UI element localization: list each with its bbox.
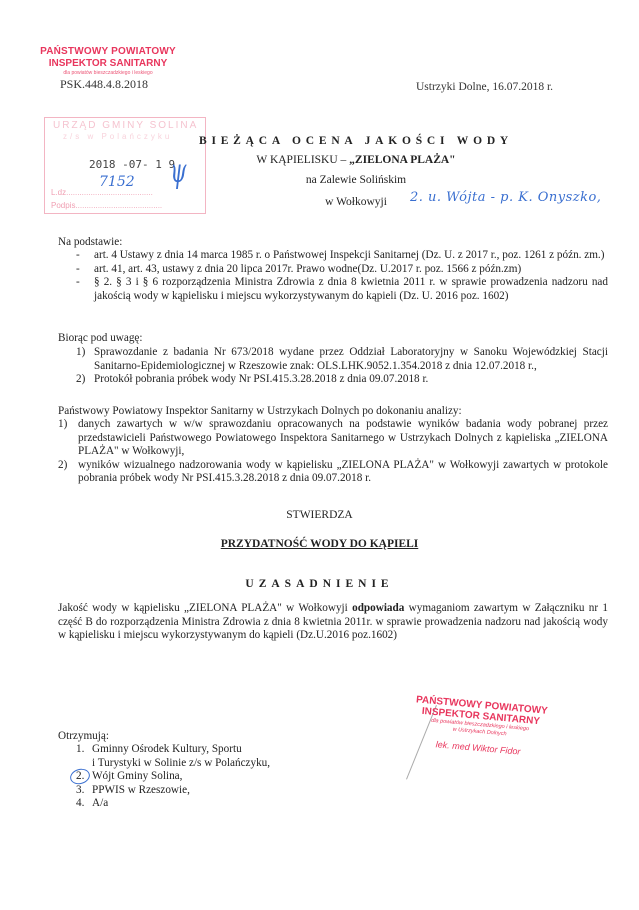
document-subtitle-reservoir: na Zalewie Solińskim — [206, 174, 506, 186]
received-stamp-date: 2018 -07- 1 9 — [89, 158, 175, 171]
basis-list: art. 4 Ustawy z dnia 14 marca 1985 r. o … — [76, 249, 608, 303]
recipient-item: 4.A/a — [76, 797, 376, 811]
document-subtitle-beach: W KĄPIELISKU – „ZIELONA PLAŻA" — [206, 154, 506, 166]
stamp-line-1: PAŃSTWOWY POWIATOWY — [38, 46, 178, 58]
decision-statement: PRZYDATNOŚĆ WODY DO KĄPIELI — [0, 538, 639, 550]
basis-item: art. 41, art. 43, ustawy z dnia 20 lipca… — [76, 263, 608, 277]
basis-item: art. 4 Ustawy z dnia 14 marca 1985 r. o … — [76, 249, 608, 263]
item-text: Protokół pobrania próbek wody Nr PSI.415… — [94, 373, 428, 385]
place-date: Ustrzyki Dolne, 16.07.2018 r. — [416, 81, 553, 93]
recipients-list: 1.Gminny Ośrodek Kultury, Sportui Turyst… — [76, 743, 376, 811]
stamp-line-3: dla powiatów bieszczadzkiego i leskiego — [38, 70, 178, 76]
item-text: Sprawozdanie z badania Nr 673/2018 wydan… — [94, 346, 608, 372]
beach-name: „ZIELONA PLAŻA" — [349, 154, 455, 166]
basis-item: § 2. § 3 i § 6 rozporządzenia Ministra Z… — [76, 276, 608, 303]
item-number: 2) — [76, 373, 85, 387]
received-stamp-office-line2: z/s w Polańczyku — [63, 132, 172, 141]
inspector-stamp-bottom: PAŃSTWOWY POWIATOWY INSPEKTOR SANITARNY … — [398, 693, 562, 760]
justification-text-start: Jakość wody w kąpielisku „ZIELONA PLAŻA"… — [58, 602, 352, 614]
inspector-line: Państwowy Powiatowy Inspektor Sanitarny … — [58, 405, 462, 419]
justification-heading: UZASADNIENIE — [0, 578, 639, 590]
considering-heading: Biorąc pod uwagę: — [58, 332, 143, 346]
basis-heading: Na podstawie: — [58, 236, 122, 250]
item-text: Gminny Ośrodek Kultury, Sportu — [92, 743, 242, 755]
stamp-line-2: INSPEKTOR SANITARNY — [38, 58, 178, 70]
recipients-heading: Otrzymują: — [58, 730, 109, 744]
considering-item: 1)Sprawozdanie z badania Nr 673/2018 wyd… — [76, 346, 608, 373]
stwierdza-heading: STWIERDZA — [0, 509, 639, 521]
item-text: PPWIS w Rzeszowie, — [92, 784, 190, 796]
recipient-item: 3.PPWIS w Rzeszowie, — [76, 784, 376, 798]
justification-verdict: odpowiada — [352, 602, 404, 614]
item-text: Wójt Gminy Solina, — [92, 770, 182, 782]
item-number: 3. — [76, 784, 84, 798]
considering-list: 1)Sprawozdanie z badania Nr 673/2018 wyd… — [76, 346, 608, 387]
recipient-item: 2.Wójt Gminy Solina, — [76, 770, 376, 784]
reference-number: PSK.448.4.8.2018 — [60, 77, 148, 92]
item-number: 2. — [76, 770, 84, 784]
received-stamp-ldz-label: L.dz....................................… — [51, 188, 153, 197]
received-stamp-signature: ψ — [170, 154, 186, 188]
document-title: BIEŻĄCA OCENA JAKOŚCI WODY — [176, 135, 536, 147]
analysis-list: 1)danych zawartych w w/w sprawozdaniu op… — [58, 418, 608, 486]
inspector-stamp-top: PAŃSTWOWY POWIATOWY INSPEKTOR SANITARNY … — [38, 46, 178, 76]
item-text-continued: i Turystyki w Solinie z/s w Polańczyku, — [92, 757, 270, 769]
received-stamp-office: URZĄD GMINY SOLINA — [53, 120, 198, 131]
item-text: danych zawartych w w/w sprawozdaniu opra… — [78, 418, 608, 457]
item-number: 1. — [76, 743, 84, 757]
item-text: wyników wizualnego nadzorowania wody w k… — [78, 459, 608, 485]
item-number: 1) — [58, 418, 67, 432]
item-text: A/a — [92, 797, 108, 809]
item-number: 2) — [58, 459, 67, 473]
received-stamp: URZĄD GMINY SOLINA z/s w Polańczyku 2018… — [44, 117, 206, 214]
item-number: 1) — [76, 346, 85, 360]
analysis-item: 1)danych zawartych w w/w sprawozdaniu op… — [58, 418, 608, 459]
justification-text: Jakość wody w kąpielisku „ZIELONA PLAŻA"… — [58, 602, 608, 643]
received-stamp-podpis-label: Podpis..................................… — [51, 201, 162, 210]
item-number: 4. — [76, 797, 84, 811]
handwritten-note: 2. u. Wójta - p. K. Onyszko, — [410, 190, 601, 205]
subtitle-prefix: W KĄPIELISKU – — [256, 154, 349, 166]
considering-item: 2)Protokół pobrania próbek wody Nr PSI.4… — [76, 373, 608, 387]
analysis-item: 2)wyników wizualnego nadzorowania wody w… — [58, 459, 608, 486]
recipient-item: 1.Gminny Ośrodek Kultury, Sportui Turyst… — [76, 743, 376, 770]
